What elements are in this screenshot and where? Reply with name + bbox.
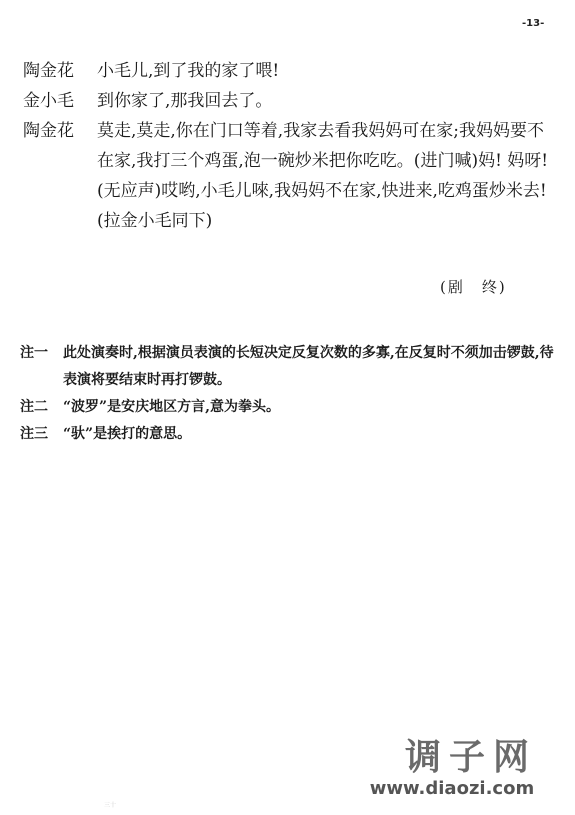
dialogue-text: 到你家了,那我回去了。 [97, 86, 553, 116]
speaker-name: 陶金花 [23, 116, 97, 236]
end-mark: (剧 终) [440, 276, 507, 297]
note-text: “驮”是挨打的意思。 [63, 421, 555, 448]
dialogue-line: 金小毛 到你家了,那我回去了。 [23, 86, 553, 116]
page-number: -13- [522, 18, 544, 29]
notes-section: 注一 此处演奏时,根据演员表演的长短决定反复次数的多寡,在反复时不须加击锣鼓,待… [20, 340, 555, 448]
watermark: 调子网 www.diaozi.com [405, 738, 537, 800]
note-item: 注二 “波罗”是安庆地区方言,意为拳头。 [20, 394, 555, 421]
dialogue-text: (无应声)哎哟,小毛儿唻,我妈妈不在家,快进来,吃鸡蛋炒米去!(拉金小毛同下) [97, 176, 553, 236]
note-label: 注二 [20, 394, 63, 421]
dialogue-line: 陶金花 莫走,莫走,你在门口等着,我家去看我妈妈可在家;我妈妈要不在家,我打三个… [23, 116, 553, 236]
dialogue-line: 陶金花 小毛儿,到了我的家了喂! [23, 56, 553, 86]
note-text: “波罗”是安庆地区方言,意为拳头。 [63, 394, 555, 421]
note-item: 注一 此处演奏时,根据演员表演的长短决定反复次数的多寡,在反复时不须加击锣鼓,待… [20, 340, 555, 394]
note-label: 注一 [20, 340, 63, 394]
note-item: 注三 “驮”是挨打的意思。 [20, 421, 555, 448]
watermark-url: www.diaozi.com [367, 778, 537, 800]
footer-mark: 三十 [104, 800, 116, 809]
dialogue-text: 莫走,莫走,你在门口等着,我家去看我妈妈可在家;我妈妈要不在家,我打三个鸡蛋,泡… [97, 116, 553, 176]
speaker-name: 陶金花 [23, 56, 97, 86]
watermark-title: 调子网 [405, 738, 537, 778]
speaker-name: 金小毛 [23, 86, 97, 116]
dialogue-text: 小毛儿,到了我的家了喂! [97, 56, 553, 86]
script-body: 陶金花 小毛儿,到了我的家了喂! 金小毛 到你家了,那我回去了。 陶金花 莫走,… [23, 56, 553, 236]
note-label: 注三 [20, 421, 63, 448]
note-text: 此处演奏时,根据演员表演的长短决定反复次数的多寡,在反复时不须加击锣鼓,待表演将… [63, 340, 555, 394]
